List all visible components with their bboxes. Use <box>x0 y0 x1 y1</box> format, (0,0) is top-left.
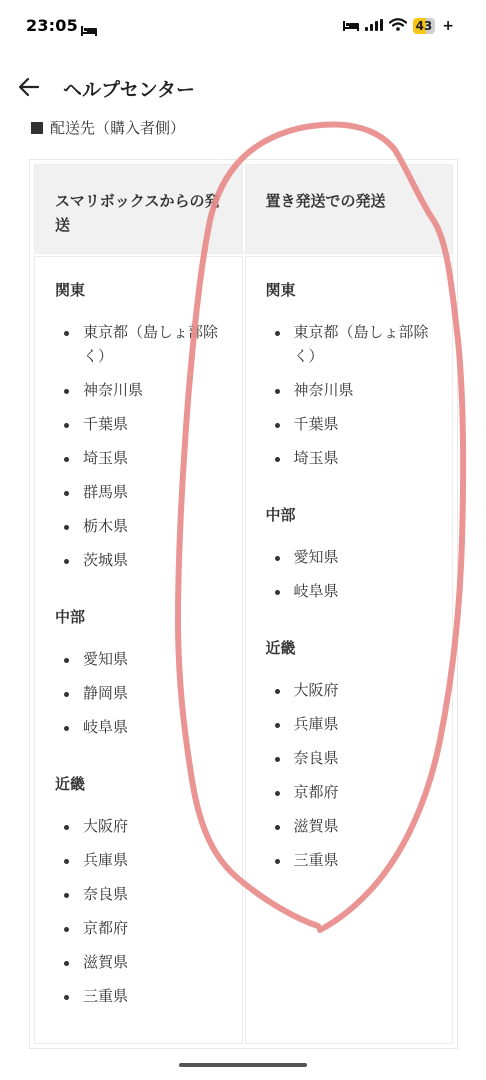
list-item: 京都府 <box>266 780 441 804</box>
back-button[interactable] <box>16 74 42 100</box>
charging-plus: + <box>442 18 454 34</box>
status-time: 23:05 <box>26 16 78 35</box>
list-item: 神奈川県 <box>266 378 441 402</box>
list-item: 大阪府 <box>55 814 230 838</box>
list-item: 兵庫県 <box>55 848 230 872</box>
list-item: 京都府 <box>55 916 230 940</box>
list-item: 滋賀県 <box>266 814 441 838</box>
prefecture-list: 愛知県 静岡県 岐阜県 <box>55 647 230 739</box>
list-item: 群馬県 <box>55 480 230 504</box>
status-bar: 23:05 43 + <box>0 0 486 52</box>
cellular-signal-icon <box>365 16 383 35</box>
square-bullet-icon <box>31 122 43 134</box>
battery-indicator: 43 <box>413 18 436 34</box>
list-item: 埼玉県 <box>266 446 441 470</box>
column-header-okihaiso: 置き発送での発送 <box>245 164 454 254</box>
app-header: ヘルプセンター <box>0 72 486 106</box>
arrow-left-icon <box>16 74 42 100</box>
page-title: ヘルプセンター <box>63 75 195 102</box>
list-item: 三重県 <box>55 984 230 1008</box>
region-heading: 中部 <box>55 606 230 627</box>
region-heading: 近畿 <box>266 637 441 658</box>
list-item: 三重県 <box>266 848 441 872</box>
list-item: 埼玉県 <box>55 446 230 470</box>
list-item: 愛知県 <box>266 545 441 569</box>
shipping-area-table: スマリボックスからの発送 置き発送での発送 関東 東京都（島しょ部除く） 神奈川… <box>29 159 458 1049</box>
region-heading: 関東 <box>266 279 441 300</box>
column-okihaiso: 関東 東京都（島しょ部除く） 神奈川県 千葉県 埼玉県 中部 愛知県 岐阜県 近… <box>245 256 454 1044</box>
list-item: 静岡県 <box>55 681 230 705</box>
list-item: 岐阜県 <box>266 579 441 603</box>
list-item: 兵庫県 <box>266 712 441 736</box>
status-icons: 43 + <box>343 16 454 35</box>
list-item: 岐阜県 <box>55 715 230 739</box>
prefecture-list: 東京都（島しょ部除く） 神奈川県 千葉県 埼玉県 群馬県 栃木県 茨城県 <box>55 320 230 572</box>
prefecture-list: 大阪府 兵庫県 奈良県 京都府 滋賀県 三重県 <box>266 678 441 872</box>
sleep-icon <box>343 16 359 35</box>
list-item: 神奈川県 <box>55 378 230 402</box>
sleep-icon <box>81 21 97 40</box>
list-item: 奈良県 <box>266 746 441 770</box>
region-heading: 中部 <box>266 504 441 525</box>
list-item: 奈良県 <box>55 882 230 906</box>
list-item: 千葉県 <box>266 412 441 436</box>
column-smaribox: 関東 東京都（島しょ部除く） 神奈川県 千葉県 埼玉県 群馬県 栃木県 茨城県 … <box>34 256 243 1044</box>
section-heading: 配送先（購入者側） <box>31 117 185 138</box>
region-heading: 関東 <box>55 279 230 300</box>
list-item: 大阪府 <box>266 678 441 702</box>
wifi-icon <box>389 16 407 35</box>
region-heading: 近畿 <box>55 773 230 794</box>
list-item: 栃木県 <box>55 514 230 538</box>
column-header-smaribox: スマリボックスからの発送 <box>34 164 243 254</box>
list-item: 滋賀県 <box>55 950 230 974</box>
prefecture-list: 東京都（島しょ部除く） 神奈川県 千葉県 埼玉県 <box>266 320 441 470</box>
prefecture-list: 大阪府 兵庫県 奈良県 京都府 滋賀県 三重県 <box>55 814 230 1008</box>
home-indicator[interactable] <box>179 1063 307 1067</box>
prefecture-list: 愛知県 岐阜県 <box>266 545 441 603</box>
list-item: 愛知県 <box>55 647 230 671</box>
list-item: 東京都（島しょ部除く） <box>266 320 441 368</box>
section-heading-text: 配送先（購入者側） <box>50 117 185 138</box>
list-item: 東京都（島しょ部除く） <box>55 320 230 368</box>
list-item: 千葉県 <box>55 412 230 436</box>
list-item: 茨城県 <box>55 548 230 572</box>
